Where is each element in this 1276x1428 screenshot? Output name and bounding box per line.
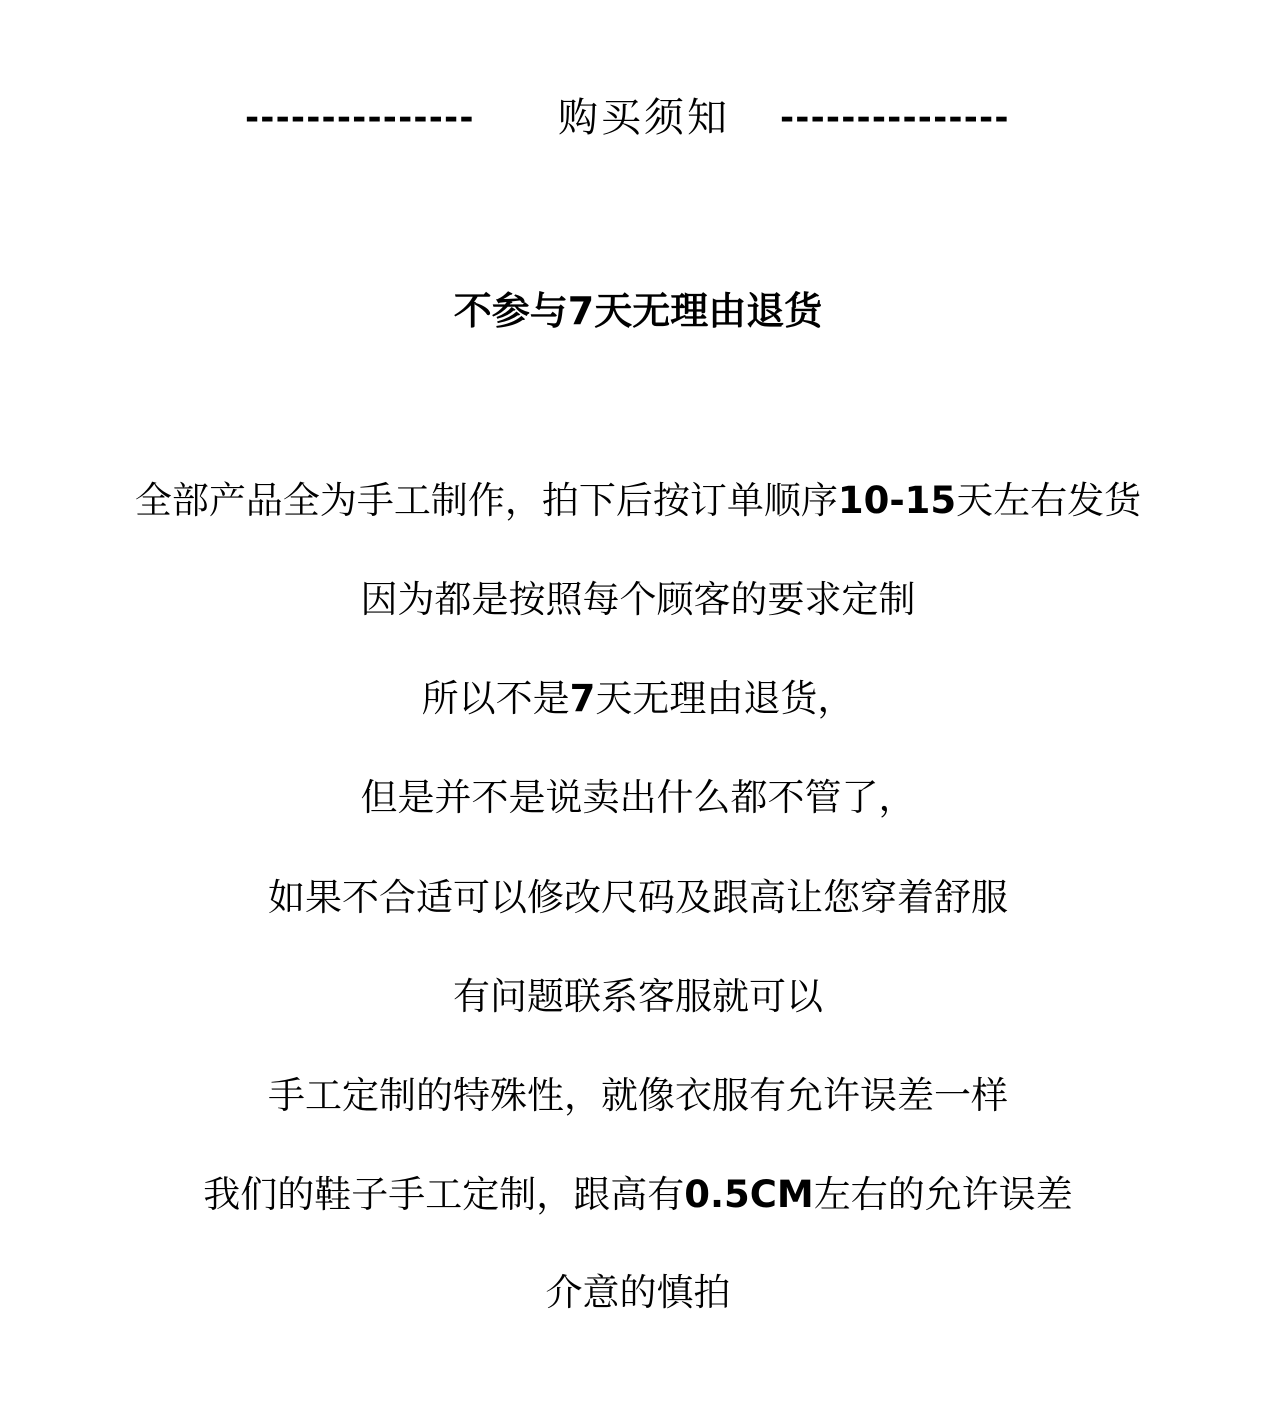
line-number: 7 [570, 677, 596, 720]
no-return-headline: 不参与7天无理由退货 [0, 286, 1276, 336]
notice-line-caution: 介意的慎拍 [0, 1268, 1276, 1318]
notice-line-contact: 有问题联系客服就可以 [0, 972, 1276, 1022]
line-text: 手工定制的特殊性，就像衣服有允许误差一样 [268, 1074, 1008, 1117]
notice-title-row: --------------- 购买须知 --------------- [0, 88, 1276, 148]
line-text: 所以不是 [422, 677, 570, 720]
notice-title: 购买须知 [558, 92, 730, 144]
line-text: 有问题联系客服就可以 [453, 975, 823, 1018]
line-text: 我们的鞋子手工定制，跟高有 [203, 1173, 684, 1216]
line-text: 介意的慎拍 [546, 1271, 731, 1314]
notice-line-tolerance-analogy: 手工定制的特殊性，就像衣服有允许误差一样 [0, 1071, 1276, 1121]
line-text: 天左右发货 [956, 479, 1141, 522]
line-number: 0.5CM [684, 1173, 814, 1216]
headline-suffix: 天无理由退货 [594, 288, 822, 333]
line-text: 天无理由退货， [595, 677, 854, 720]
line-text: 因为都是按照每个顾客的要求定制 [361, 578, 916, 621]
line-text: 如果不合适可以修改尺码及跟高让您穿着舒服 [268, 876, 1008, 919]
notice-line-no-return: 所以不是7天无理由退货， [0, 674, 1276, 724]
notice-line-alteration: 如果不合适可以修改尺码及跟高让您穿着舒服 [0, 873, 1276, 923]
headline-number: 7 [568, 289, 594, 333]
headline-prefix: 不参与 [454, 288, 568, 333]
notice-line-support: 但是并不是说卖出什么都不管了， [0, 773, 1276, 823]
line-text: 全部产品全为手工制作，拍下后按订单顺序 [135, 479, 838, 522]
title-divider-left: --------------- [245, 98, 475, 138]
line-text: 左右的允许误差 [814, 1173, 1073, 1216]
notice-line-shipping: 全部产品全为手工制作，拍下后按订单顺序10-15天左右发货 [0, 476, 1276, 526]
title-divider-right: --------------- [780, 98, 1010, 138]
line-number: 10-15 [838, 479, 956, 522]
notice-line-custom: 因为都是按照每个顾客的要求定制 [0, 575, 1276, 625]
notice-line-heel-tolerance: 我们的鞋子手工定制，跟高有0.5CM左右的允许误差 [0, 1170, 1276, 1220]
purchase-notice: --------------- 购买须知 --------------- 不参与… [0, 0, 1276, 1428]
line-text: 但是并不是说卖出什么都不管了， [361, 776, 916, 819]
